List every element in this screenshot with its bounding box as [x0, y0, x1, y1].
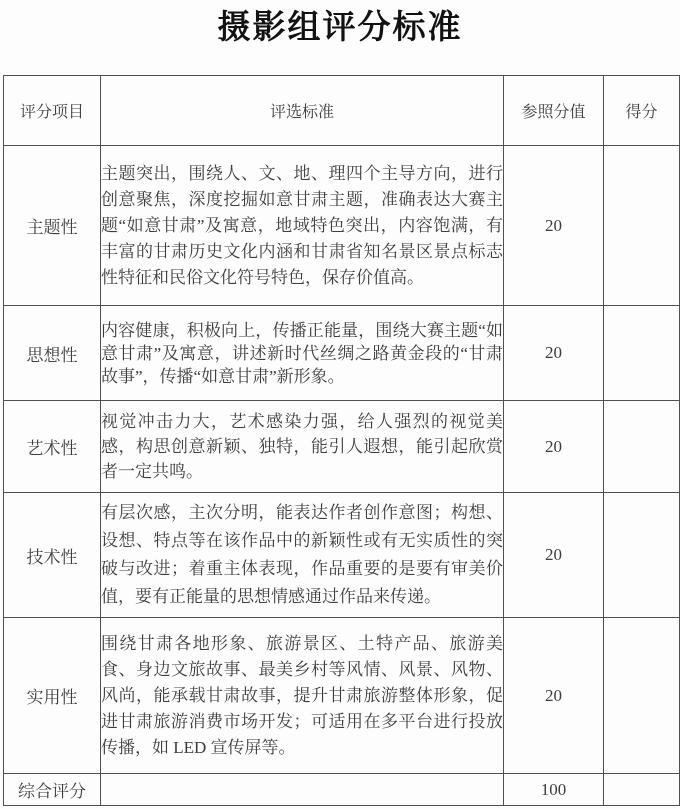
cell-ref-score: 100 [504, 774, 604, 806]
table-row-technicality: 技术性 有层次感，主次分明，能表达作者创作意图；构想、设想、特点等在该作品中的新… [4, 493, 680, 618]
cell-criteria [101, 774, 504, 806]
cell-criteria: 有层次感，主次分明，能表达作者创作意图；构想、设想、特点等在该作品中的新颖性或有… [101, 493, 504, 618]
cell-item: 思想性 [4, 306, 101, 401]
cell-score [604, 493, 680, 618]
cell-score [604, 401, 680, 493]
document-page: 摄影组评分标准 评分项目 评选标准 参照分值 得分 主题性 主题突出，围绕人、文… [0, 0, 680, 810]
cell-criteria: 围绕甘肃各地形象、旅游景区、土特产品、旅游美食、身边文旅故事、最美乡村等风情、风… [101, 618, 504, 774]
header-score: 得分 [604, 76, 680, 146]
table-row-ideology: 思想性 内容健康，积极向上，传播正能量，围绕大赛主题“如意甘肃”及寓意，讲述新时… [4, 306, 680, 401]
header-ref-score: 参照分值 [504, 76, 604, 146]
cell-score [604, 146, 680, 306]
header-criteria: 评选标准 [101, 76, 504, 146]
cell-item: 艺术性 [4, 401, 101, 493]
cell-criteria: 内容健康，积极向上，传播正能量，围绕大赛主题“如意甘肃”及寓意，讲述新时代丝绸之… [101, 306, 504, 401]
cell-ref-score: 20 [504, 493, 604, 618]
table-row-theme: 主题性 主题突出，围绕人、文、地、理四个主导方向，进行创意聚焦，深度挖掘如意甘肃… [4, 146, 680, 306]
table-row-artistry: 艺术性 视觉冲击力大，艺术感染力强，给人强烈的视觉美感，构思创意新颖、独特，能引… [4, 401, 680, 493]
scoring-criteria-table: 评分项目 评选标准 参照分值 得分 主题性 主题突出，围绕人、文、地、理四个主导… [3, 75, 680, 806]
cell-ref-score: 20 [504, 306, 604, 401]
header-item: 评分项目 [4, 76, 101, 146]
cell-score [604, 618, 680, 774]
cell-score [604, 774, 680, 806]
table-row-practicality: 实用性 围绕甘肃各地形象、旅游景区、土特产品、旅游美食、身边文旅故事、最美乡村等… [4, 618, 680, 774]
cell-ref-score: 20 [504, 401, 604, 493]
table-row-total: 综合评分 100 [4, 774, 680, 806]
cell-item: 实用性 [4, 618, 101, 774]
cell-criteria: 视觉冲击力大，艺术感染力强，给人强烈的视觉美感，构思创意新颖、独特，能引人遐想，… [101, 401, 504, 493]
cell-item: 综合评分 [4, 774, 101, 806]
cell-ref-score: 20 [504, 146, 604, 306]
cell-criteria: 主题突出，围绕人、文、地、理四个主导方向，进行创意聚焦，深度挖掘如意甘肃主题，准… [101, 146, 504, 306]
cell-score [604, 306, 680, 401]
cell-ref-score: 20 [504, 618, 604, 774]
cell-item: 主题性 [4, 146, 101, 306]
table-header-row: 评分项目 评选标准 参照分值 得分 [4, 76, 680, 146]
page-title: 摄影组评分标准 [0, 0, 680, 50]
cell-item: 技术性 [4, 493, 101, 618]
